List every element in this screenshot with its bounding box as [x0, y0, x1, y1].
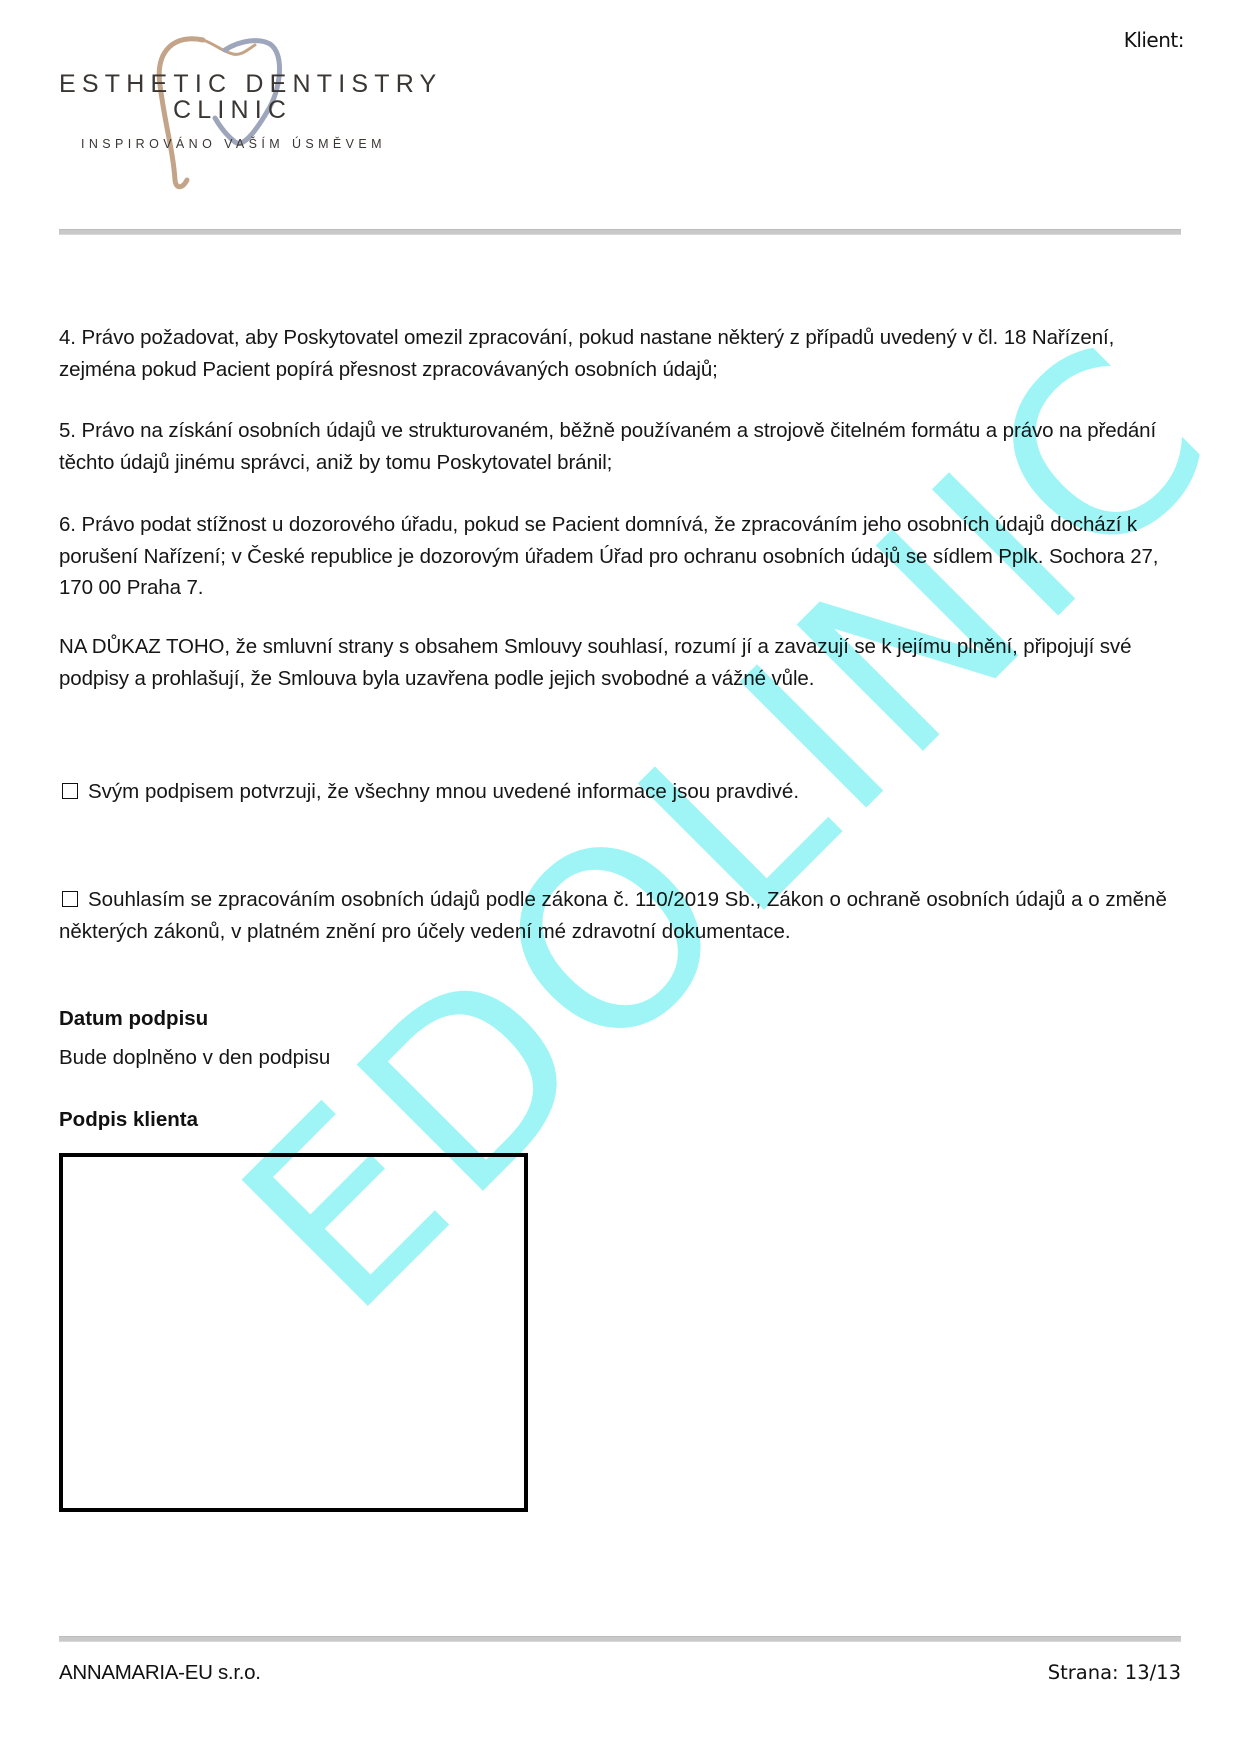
client-signature-label: Podpis klienta	[59, 1108, 198, 1132]
client-label: Klient:	[1124, 28, 1184, 52]
truthfulness-checkbox[interactable]	[62, 783, 78, 799]
confirmation-checkbox-row[interactable]: Svým podpisem potvrzuji, že všechny mnou…	[59, 776, 1189, 808]
page-number: Strana: 13/13	[1048, 1661, 1181, 1684]
logo-subtitle: CLINIC	[173, 96, 292, 125]
consent-checkbox-row[interactable]: Souhlasím se zpracováním osobních údajů …	[59, 884, 1189, 947]
header-divider	[59, 229, 1181, 235]
data-processing-consent-checkbox[interactable]	[62, 891, 78, 907]
clinic-logo: ESTHETIC DENTISTRY CLINIC INSPIROVÁNO VA…	[55, 30, 405, 195]
signature-date-value: Bude doplněno v den podpisu	[59, 1046, 330, 1070]
paragraph-signature-declaration: NA DŮKAZ TOHO, že smluvní strany s obsah…	[59, 631, 1189, 694]
paragraph-right-data-portability: 5. Právo na získání osobních údajů ve st…	[59, 415, 1189, 478]
footer-divider	[59, 1636, 1181, 1642]
truthfulness-checkbox-label: Svým podpisem potvrzuji, že všechny mnou…	[88, 780, 799, 803]
logo-title: ESTHETIC DENTISTRY	[59, 70, 442, 99]
paragraph-right-restrict-processing: 4. Právo požadovat, aby Poskytovatel ome…	[59, 322, 1189, 385]
data-processing-consent-label: Souhlasím se zpracováním osobních údajů …	[59, 888, 1167, 943]
client-signature-box[interactable]	[59, 1153, 528, 1512]
signature-date-label: Datum podpisu	[59, 1007, 208, 1031]
paragraph-right-file-complaint: 6. Právo podat stížnost u dozorového úřa…	[59, 509, 1189, 604]
logo-tagline: INSPIROVÁNO VAŠÍM ÚSMĚVEM	[81, 137, 386, 151]
footer-company-name: ANNAMARIA-EU s.r.o.	[59, 1661, 261, 1685]
